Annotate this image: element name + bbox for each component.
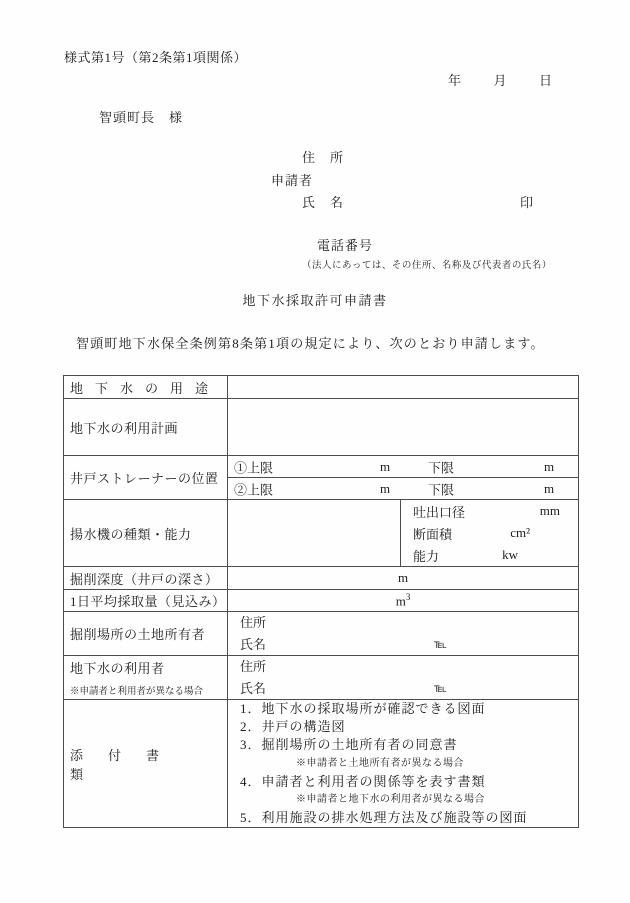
depth-row: 掘削深度（井戸の深さ） m	[64, 567, 579, 590]
outlet-diameter-label: 吐出口径	[413, 502, 465, 521]
daily-intake-value-cell: m3	[228, 590, 579, 612]
applicant-phone-label: 電話番号	[317, 235, 373, 254]
strainer-upper-label-1: ①上限	[234, 457, 273, 476]
attachments-list-cell: 1．地下水の採取場所が確認できる図面 2．井戸の構造図 3．掘削場所の土地所有者…	[228, 700, 579, 828]
plan-row: 地下水の利用計画	[64, 399, 579, 456]
usage-label: 地下水の用途	[64, 376, 228, 399]
water-user-label-cell: 地下水の利用者 ※申請者と利用者が異なる場合	[64, 656, 228, 700]
water-user-value-cell: 住所 氏名 ℡	[228, 656, 579, 700]
plan-label: 地下水の利用計画	[64, 399, 228, 456]
strainer-upper-unit-2: m	[380, 481, 390, 497]
capacity-unit: kw	[502, 547, 572, 563]
attachment-item: 4．申請者と利用者の関係等を表す書類	[234, 773, 572, 791]
seal-label: 印	[520, 192, 533, 211]
water-user-address-label: 住所	[240, 659, 266, 674]
plan-value-cell	[228, 399, 579, 456]
corporate-note: （法人にあっては、その住所、名称及び代表者の氏名）	[302, 257, 552, 271]
landowner-label: 掘削場所の土地所有者	[64, 612, 228, 656]
water-user-address-line: 住所	[234, 656, 572, 678]
water-user-note: ※申請者と利用者が異なる場合	[70, 683, 221, 697]
strainer-lower-unit-2: m	[544, 481, 554, 497]
water-user-label: 地下水の利用者	[70, 658, 221, 677]
date-day-label: 日	[539, 70, 552, 89]
water-user-name-line: 氏名 ℡	[234, 678, 572, 700]
attachment-item: 3．掘削場所の土地所有者の同意書	[234, 736, 572, 754]
usage-value-cell	[228, 376, 579, 399]
strainer-label: 井戸ストレーナーの位置	[64, 456, 228, 500]
daily-intake-unit: m	[396, 593, 406, 608]
form-number: 様式第1号（第2条第1項関係）	[64, 47, 247, 66]
attachments-label: 添付書類	[64, 700, 228, 828]
landowner-value-cell: 住所 氏名 ℡	[228, 612, 579, 656]
addressee: 智頭町長 様	[99, 107, 183, 126]
attachment-item: 1．地下水の採取場所が確認できる図面	[234, 700, 572, 718]
attachments-row: 添付書類 1．地下水の採取場所が確認できる図面 2．井戸の構造図 3．掘削場所の…	[64, 700, 579, 828]
document-title: 地下水採取許可申請書	[0, 290, 630, 309]
applicant-address-label: 住 所	[302, 147, 344, 166]
water-user-name-label: 氏名	[240, 681, 266, 696]
strainer-upper-label-2: ②上限	[234, 479, 273, 498]
section-area-unit: cm²	[510, 525, 572, 541]
depth-label: 掘削深度（井戸の深さ）	[64, 567, 228, 590]
attachment-note: ※申請者と土地所有者が異なる場合	[234, 755, 572, 773]
tel-symbol: ℡	[434, 634, 447, 656]
strainer-upper-unit-1: m	[380, 459, 390, 475]
daily-intake-row: 1日平均採取量（見込み） m3	[64, 590, 579, 612]
depth-value-cell: m	[228, 567, 579, 590]
applicant-name-label: 氏 名	[302, 192, 344, 211]
attachment-item: 2．井戸の構造図	[234, 718, 572, 736]
usage-row: 地下水の用途	[64, 376, 579, 399]
landowner-address-label: 住所	[240, 615, 266, 630]
application-table: 地下水の用途 地下水の利用計画 井戸ストレーナーの位置 ①上限 m 下限 m ②…	[63, 375, 579, 828]
pump-spec-line-outlet: 吐出口径 mm	[407, 500, 572, 522]
landowner-name-line: 氏名 ℡	[234, 634, 572, 656]
landowner-address-line: 住所	[234, 612, 572, 634]
strainer-value-cell-2: ②上限 m 下限 m	[228, 478, 579, 500]
strainer-value-cell-1: ①上限 m 下限 m	[228, 456, 579, 478]
tel-symbol: ℡	[434, 678, 447, 700]
strainer-lower-unit-1: m	[544, 459, 554, 475]
intro-text: 智頭町地下水保全条例第8条第1項の規定により、次のとおり申請します。	[76, 333, 545, 352]
pump-type-cell	[228, 500, 401, 567]
strainer-lower-label-2: 下限	[428, 479, 454, 498]
applicant-group-label: 申請者	[271, 170, 313, 189]
strainer-lower-label-1: 下限	[428, 457, 454, 476]
daily-intake-unit-exponent: 3	[406, 592, 411, 602]
pump-row: 揚水機の種類・能力 吐出口径 mm 断面積 cm² 能力 kw	[64, 500, 579, 567]
daily-intake-label: 1日平均採取量（見込み）	[64, 590, 228, 612]
date-year-label: 年	[448, 70, 461, 89]
date-line: 年 月 日	[448, 70, 552, 89]
strainer-row-1: 井戸ストレーナーの位置 ①上限 m 下限 m	[64, 456, 579, 478]
landowner-row: 掘削場所の土地所有者 住所 氏名 ℡	[64, 612, 579, 656]
pump-label: 揚水機の種類・能力	[64, 500, 228, 567]
attachment-item: 5．利用施設の排水処理方法及び施設等の図面	[234, 809, 572, 827]
pump-spec-line-section: 断面積 cm²	[407, 522, 572, 544]
landowner-name-label: 氏名	[240, 637, 266, 652]
section-area-label: 断面積	[413, 524, 452, 543]
application-form-page: 様式第1号（第2条第1項関係） 年 月 日 智頭町長 様 住 所 申請者 氏 名…	[0, 0, 630, 903]
depth-unit: m	[398, 570, 408, 585]
pump-spec-cell: 吐出口径 mm 断面積 cm² 能力 kw	[401, 500, 579, 567]
date-month-label: 月	[493, 70, 506, 89]
pump-spec-line-capacity: 能力 kw	[407, 544, 572, 566]
outlet-diameter-unit: mm	[540, 503, 572, 519]
water-user-row: 地下水の利用者 ※申請者と利用者が異なる場合 住所 氏名 ℡	[64, 656, 579, 700]
capacity-label: 能力	[413, 546, 439, 565]
attachment-note: ※申請者と地下水の利用者が異なる場合	[234, 791, 572, 809]
